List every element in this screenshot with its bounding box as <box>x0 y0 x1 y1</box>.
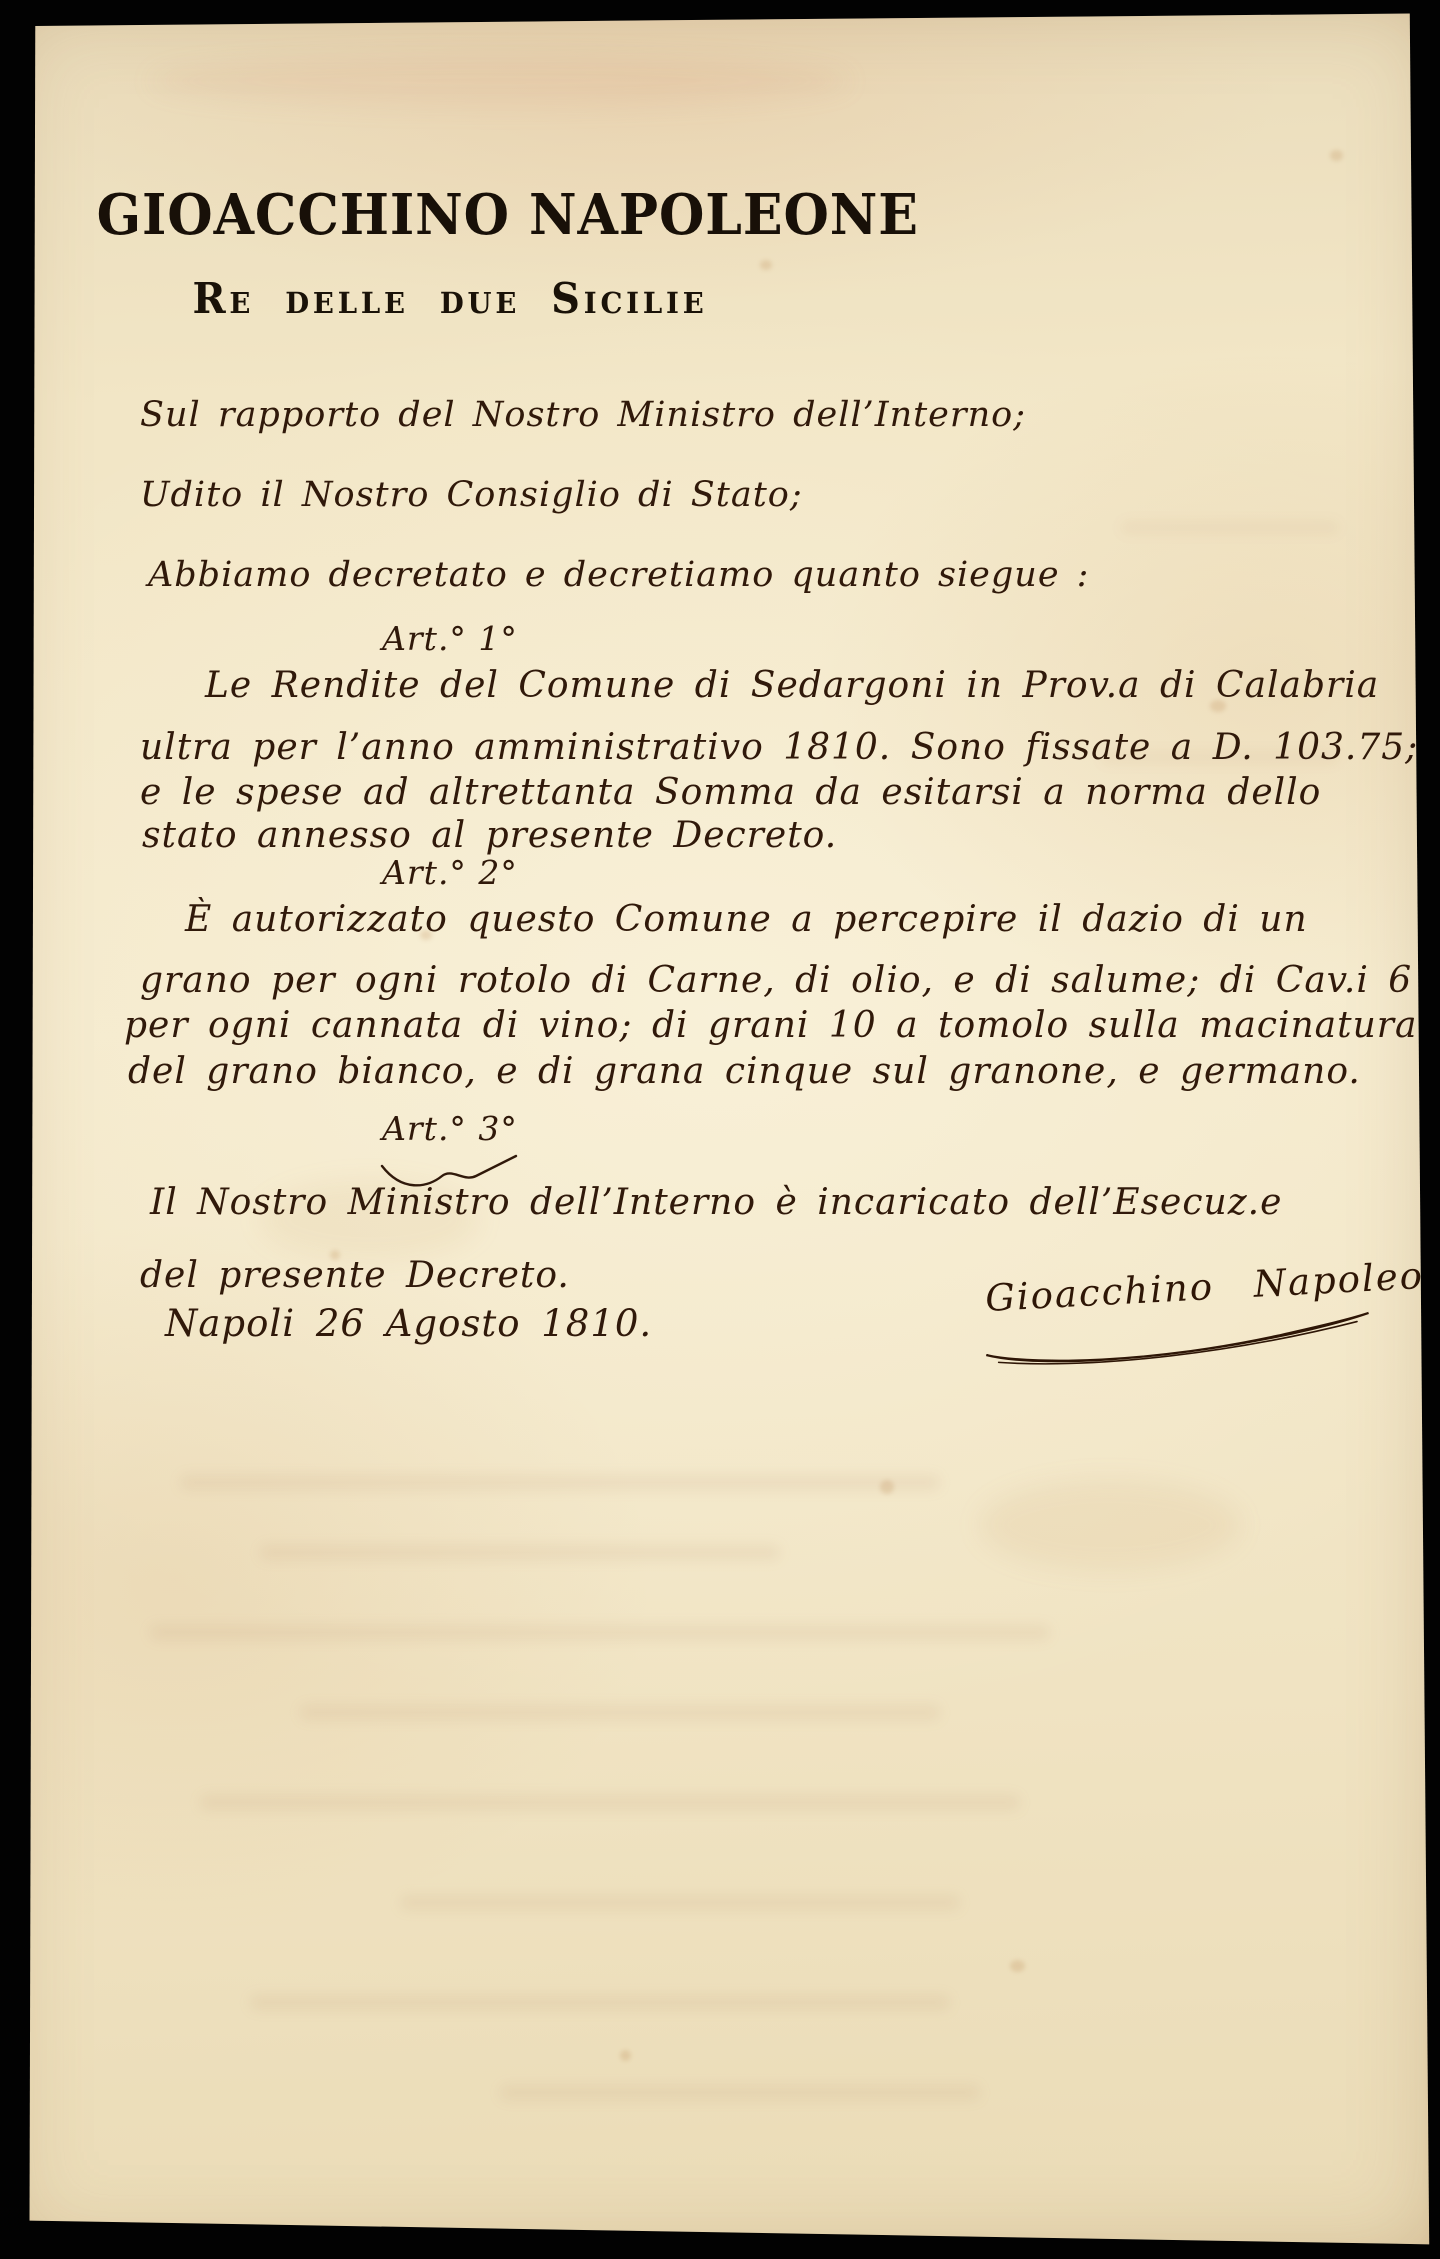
show-through-mark <box>250 1995 950 2010</box>
article-2-line-3: per ogni cannata di vino; di grani 10 a … <box>124 1008 1417 1044</box>
photo-background: GIOACCHINO NAPOLEONE Re delle due Sicili… <box>0 0 1440 2259</box>
show-through-mark <box>400 1895 960 1910</box>
article-2-line-1: È autorizzato questo Comune a percepire … <box>185 902 1308 938</box>
article-2-line-4: del grano bianco, e di grana cinque sul … <box>128 1054 1361 1090</box>
letterhead-subtitle: Re delle due Sicilie <box>89 274 811 323</box>
article-1-heading: Art.° 1° <box>10 622 890 655</box>
dateline: Napoli 26 Agosto 1810. <box>165 1305 652 1342</box>
article-1-line-3: e le spese ad altrettanta Somma da esita… <box>140 775 1321 811</box>
show-through-mark <box>300 1705 940 1720</box>
show-through-mark <box>260 1545 780 1560</box>
show-through-mark <box>500 2085 980 2100</box>
article-2-heading: Art.° 2° <box>10 856 890 889</box>
foxing-spot <box>620 2050 631 2061</box>
foxing-spot <box>760 260 772 270</box>
show-through-mark <box>1120 520 1340 535</box>
show-through-mark <box>180 1475 940 1490</box>
letterhead-title: GIOACCHINO NAPOLEONE <box>97 182 804 248</box>
article-3-line-2: del presente Decreto. <box>140 1258 570 1294</box>
document-paper: GIOACCHINO NAPOLEONE Re delle due Sicili… <box>0 0 1440 2259</box>
paper-stain <box>980 1480 1240 1570</box>
article-3-line-1: Il Nostro Ministro dell’Interno è incari… <box>150 1185 1282 1221</box>
preamble-line-1: Sul rapporto del Nostro Ministro dell’In… <box>140 398 1026 433</box>
foxing-spot <box>1330 150 1343 161</box>
signature: Gioacchino Napoleone <box>984 1255 1406 1320</box>
preamble-line-2: Udito il Nostro Consiglio di Stato; <box>140 478 803 513</box>
article-2-line-2: grano per ogni rotolo di Carne, di olio,… <box>140 963 1412 999</box>
show-through-mark <box>200 1795 1020 1810</box>
show-through-mark <box>150 1625 1050 1640</box>
article-3-heading: Art.° 3° <box>10 1112 890 1145</box>
foxing-spot <box>880 1480 894 1494</box>
preamble-line-3: Abbiamo decretato e decretiamo quanto si… <box>148 558 1089 593</box>
article-1-line-4: stato annesso al presente Decreto. <box>142 818 837 854</box>
article-1-line-2: ultra per l’anno amministrativo 1810. So… <box>140 730 1418 766</box>
foxing-spot <box>1010 1960 1025 1972</box>
article-1-line-1: Le Rendite del Comune di Sedargoni in Pr… <box>205 668 1379 704</box>
paper-stain <box>150 55 850 107</box>
